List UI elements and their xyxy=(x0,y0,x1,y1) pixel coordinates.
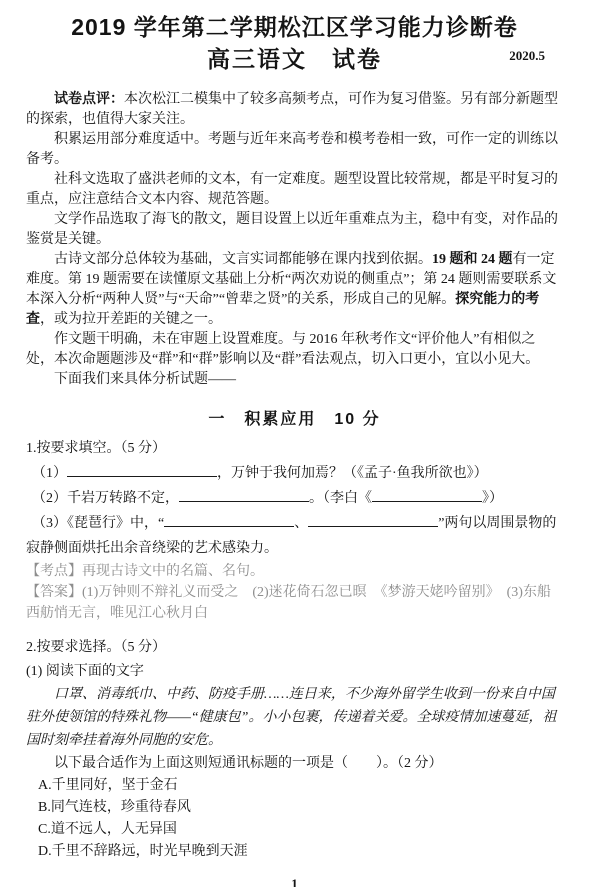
commentary-paragraph-7: 下面我们来具体分析试题—— xyxy=(26,370,563,390)
question-1-answer: 【答案】(1)万钟则不辩礼义而受之 (2)迷花倚石忽已暝 《梦游天姥吟留别》 (… xyxy=(26,582,563,624)
page-footer: 1 xyxy=(26,875,563,887)
question-2-block: 2.按要求选择。（5 分） (1) 阅读下面的文字 口罩、消毒纸巾、中药、防疫手… xyxy=(26,636,563,863)
commentary-paragraph-4: 文学作品选取了海飞的散文，题目设置上以近年重难点为主，稳中有变，对作品的鉴赏是关… xyxy=(26,210,563,250)
exam-commentary: 试卷点评：本次松江二模集中了较多高频考点，可作为复习借鉴。另有部分新题型的探索，… xyxy=(26,90,563,390)
commentary-paragraph-1: 试卷点评：本次松江二模集中了较多高频考点，可作为复习借鉴。另有部分新题型的探索，… xyxy=(26,90,563,130)
item-1-number: （1） xyxy=(32,466,67,481)
section-heading-accumulation: 一 积累应用 10 分 xyxy=(26,406,563,429)
item-3-text-mid: 、 xyxy=(294,516,308,531)
blank-line xyxy=(179,488,309,502)
commentary-label: 试卷点评： xyxy=(54,92,124,107)
item-2-text-end: 》） xyxy=(482,491,503,506)
paper-header: 2019 学年第二学期松江区学习能力诊断卷 高三语文 试卷 2020.5 xyxy=(26,12,563,76)
blank-line xyxy=(164,513,294,527)
question-1-exam-point: 【考点】再现古诗文中的名篇、名句。 xyxy=(26,561,563,582)
commentary-paragraph-5: 古诗文部分总体较为基础，文言实词都能够在课内找到依据。19 题和 24 题有一定… xyxy=(26,250,563,330)
question-1-item-1: （1），万钟于我何加焉？（《孟子·鱼我所欲也》） xyxy=(26,461,563,486)
item-3-text-pre: （3）《琵琶行》中，“ xyxy=(32,516,164,531)
exam-paper-page: 2019 学年第二学期松江区学习能力诊断卷 高三语文 试卷 2020.5 试卷点… xyxy=(0,0,589,887)
question-2-stem: 2.按要求选择。（5 分） xyxy=(26,636,563,660)
item-1-text: ，万钟于我何加焉？（《孟子·鱼我所欲也》） xyxy=(217,466,488,481)
page-number: 1 xyxy=(291,876,298,887)
paper-date: 2020.5 xyxy=(509,39,545,73)
paper-subtitle-row: 高三语文 试卷 2020.5 xyxy=(26,42,563,76)
blank-line xyxy=(67,463,217,477)
commentary-paragraph-2: 积累运用部分难度适中。考题与近年来高考卷和模考卷相一致，可作一定的训练以备考。 xyxy=(26,130,563,170)
question-1-item-3: （3）《琵琶行》中，“、”两句以周围景物的寂静侧面烘托出余音绕梁的艺术感染力。 xyxy=(26,511,563,561)
paper-title: 2019 学年第二学期松江区学习能力诊断卷 xyxy=(26,12,563,42)
question-2-sub-1: (1) 阅读下面的文字 xyxy=(26,660,563,683)
question-2-passage: 口罩、消毒纸巾、中药、防疫手册……连日来，不少海外留学生收到一份来自中国驻外使领… xyxy=(26,683,563,752)
option-d: D.千里不辞路远，时光早晚到天涯 xyxy=(26,841,563,863)
commentary-text-5a: 古诗文部分总体较为基础，文言实词都能够在课内找到依据。 xyxy=(54,252,432,267)
question-2-prompt: 以下最合适作为上面这则短通讯标题的一项是（ ）。（2 分） xyxy=(26,752,563,775)
commentary-paragraph-3: 社科文选取了盛洪老师的文本，有一定难度。题型设置比较常规，都是平时复习的重点，应… xyxy=(26,170,563,210)
commentary-bold-questions: 19 题和 24 题 xyxy=(432,252,513,267)
question-1-stem: 1.按要求填空。（5 分） xyxy=(26,437,563,461)
item-2-text-pre: （2）千岩万转路不定， xyxy=(32,491,179,506)
commentary-text-5c: ，或为拉开差距的关键之一。 xyxy=(40,312,222,327)
option-a: A.千里同好，坚于金石 xyxy=(26,775,563,797)
blank-line xyxy=(308,513,438,527)
commentary-paragraph-6: 作文题干明确，未在审题上设置难度。与 2016 年秋考作文“评价他人”有相似之处… xyxy=(26,330,563,370)
item-2-text-mid: 。（李白《 xyxy=(309,491,372,506)
paper-subtitle: 高三语文 试卷 xyxy=(207,46,382,72)
question-1-block: 1.按要求填空。（5 分） （1），万钟于我何加焉？（《孟子·鱼我所欲也》） （… xyxy=(26,437,563,624)
question-1-item-2: （2）千岩万转路不定，。（李白《》） xyxy=(26,486,563,511)
option-b: B.同气连枝，珍重待春风 xyxy=(26,797,563,819)
blank-line xyxy=(372,488,482,502)
option-c: C.道不远人，人无异国 xyxy=(26,819,563,841)
